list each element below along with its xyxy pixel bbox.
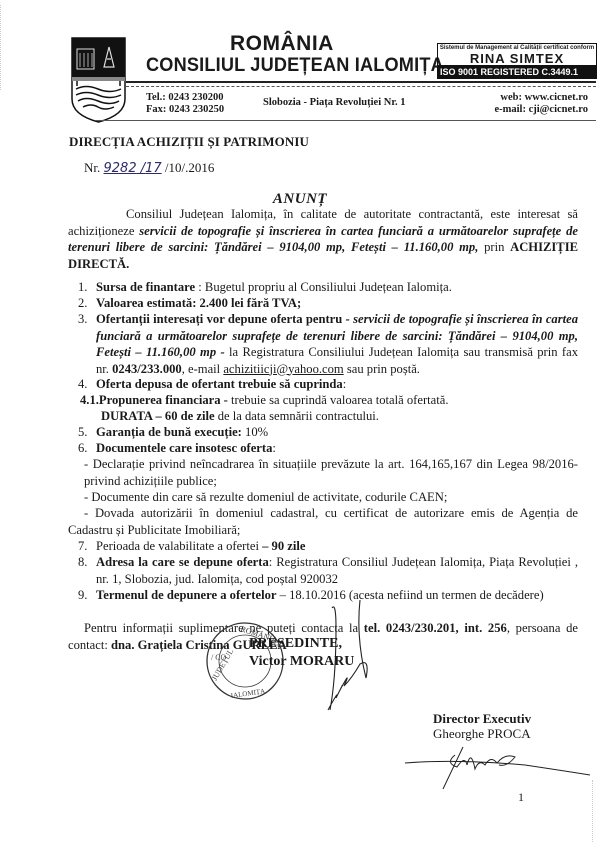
email-link[interactable]: achizitiicji@yahoo.com — [223, 362, 343, 376]
item-text: – 60 de zile — [152, 409, 214, 423]
header-country: ROMÂNIA — [230, 32, 334, 56]
intro-paragraph: Consiliul Județean Ialomița, în calitate… — [68, 206, 578, 272]
item-text: : — [343, 377, 347, 391]
item-label: Propunerea financiara - — [99, 393, 228, 407]
director-signature-block: Director Executiv Gheorghe PROCA — [433, 711, 531, 741]
item-label: Valoarea estimată — [96, 296, 192, 310]
director-signature-icon — [395, 745, 595, 790]
document-requirement: - Declarație privind neîncadrarea în sit… — [84, 456, 578, 489]
item-text: – 90 zile — [262, 539, 305, 553]
list-number: 7. — [78, 538, 87, 555]
department-heading: DIRECȚIA ACHIZIȚII ȘI PATRIMONIU — [69, 134, 309, 150]
item-label: Garanția de bună execuție: — [96, 425, 242, 439]
list-number: 4. — [78, 376, 87, 393]
scan-edge — [0, 5, 3, 90]
header-web: web: www.cicnet.ro — [494, 92, 588, 104]
registration-prefix: Nr. — [84, 160, 100, 175]
list-number: 9. — [78, 587, 87, 604]
registration-day: 17 — [145, 161, 162, 176]
item-label: Documentele care insotesc oferta — [96, 441, 272, 455]
item-label: Termenul de depunere a ofertelor — [96, 588, 276, 602]
item-text: : 2.400 lei fără TVA; — [192, 296, 301, 310]
item-text: sau prin poștă. — [344, 362, 420, 376]
list-number: 8. — [78, 554, 87, 571]
svg-text:IALOMIȚA: IALOMIȚA — [230, 687, 265, 700]
item-text: 10% — [242, 425, 268, 439]
header-institution: CONSILIUL JUDEȚEAN IALOMIȚA — [146, 54, 444, 77]
list-item: 4.1.Propunerea financiara - trebuie sa c… — [80, 392, 578, 409]
list-number: 6. — [78, 440, 87, 457]
list-number: 5. — [78, 424, 87, 441]
fax-number: 0243/233.000 — [112, 362, 182, 376]
item-label: Ofertanții interesați vor depune oferta … — [96, 312, 342, 326]
certification-badge: Sistemul de Management al Calității cert… — [437, 43, 597, 79]
list-number: 2. — [78, 295, 87, 312]
document-requirement: - Dovada autorizării în domeniul cadastr… — [68, 505, 578, 538]
registration-number: Nr. 9282 /17 /10/.2016 — [84, 160, 214, 176]
list-item: 6. Documentele care insotesc oferta: — [96, 440, 578, 457]
president-name: Victor MORARU — [249, 653, 354, 671]
header-email: e-mail: cji@cicnet.ro — [494, 104, 588, 116]
list-number: 3. — [78, 311, 87, 328]
list-item: 8. Adresa la care se depune oferta: Regi… — [96, 554, 578, 587]
requirement-text: - Documente din care să rezulte domeniul… — [84, 490, 447, 504]
director-name: Gheorghe PROCA — [433, 726, 531, 741]
item-text: trebuie sa cuprindă valoarea totală ofer… — [228, 393, 449, 407]
document-requirement: - Documente din care să rezulte domeniul… — [84, 489, 578, 506]
header-phone: Tel.: 0243 230200 — [146, 92, 224, 104]
item-label: Oferta depusa de ofertant trebuie să cup… — [96, 377, 343, 391]
cert-brand: RINA SIMTEX — [438, 52, 596, 66]
president-title: PRESEDINTE, — [249, 635, 354, 653]
list-item: 4. Oferta depusa de ofertant trebuie să … — [96, 376, 578, 393]
header-fax: Fax: 0243 230250 — [146, 104, 224, 116]
registration-day-handwritten: / — [137, 161, 146, 176]
list-item: 5. Garanția de bună execuție: 10% — [96, 424, 578, 441]
header-divider — [126, 86, 596, 87]
list-item: 1. Sursa de finantare : Bugetul propriu … — [96, 279, 578, 296]
page-number: 1 — [518, 790, 524, 805]
cert-registration: ISO 9001 REGISTERED C.3449.1 — [438, 66, 596, 78]
header-web-email: web: www.cicnet.ro e-mail: cji@cicnet.ro — [494, 92, 588, 116]
list-number: 4.1. — [80, 393, 99, 407]
list-item: 2. Valoarea estimată: 2.400 lei fără TVA… — [96, 295, 578, 312]
item-text: Perioada de valabilitate a ofertei — [96, 539, 262, 553]
header-address: Slobozia - Piața Revoluției Nr. 1 — [263, 97, 406, 108]
president-signature-block: PRESEDINTE, Victor MORARU — [249, 635, 354, 671]
header-phone-fax: Tel.: 0243 230200 Fax: 0243 230250 — [146, 92, 224, 116]
item-text: : Bugetul propriu al Consiliului Județea… — [195, 280, 452, 294]
header-divider — [126, 81, 596, 83]
item-label: DURATA — [101, 409, 152, 423]
list-item: 7. Perioada de valabilitate a ofertei – … — [96, 538, 578, 555]
director-title: Director Executiv — [433, 711, 531, 726]
item-label: Sursa de finantare — [96, 280, 195, 294]
requirement-text: - Declarație privind neîncadrarea în sit… — [84, 457, 578, 488]
list-item: 3. Ofertanții interesați vor depune ofer… — [96, 311, 578, 377]
item-label: Adresa la care se depune oferta — [96, 555, 269, 569]
county-coat-of-arms-icon — [71, 37, 126, 123]
list-item: DURATA – 60 de zile de la data semnării … — [101, 408, 578, 425]
header-divider — [95, 120, 596, 121]
item-text: , e-mail — [182, 362, 224, 376]
intro-text: prin — [478, 240, 510, 254]
registration-number-handwritten: 9282 — [104, 161, 137, 176]
item-text: : — [272, 441, 276, 455]
registration-suffix: /10/.2016 — [165, 160, 214, 175]
requirement-text: - Dovada autorizării în domeniul cadastr… — [68, 506, 578, 537]
item-text: de la data semnării contractului. — [215, 409, 379, 423]
list-number: 1. — [78, 279, 87, 296]
